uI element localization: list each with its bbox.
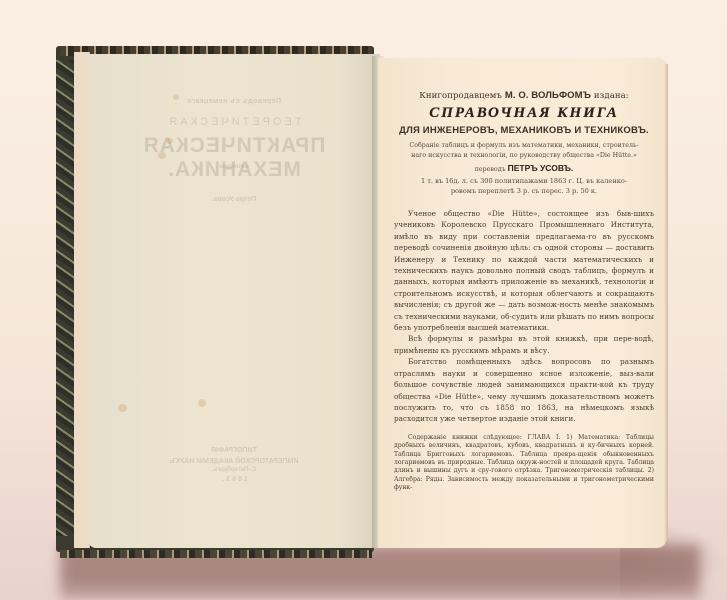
body-text: Ученое общество «Die Hütte», состоящее и… <box>394 208 654 425</box>
foxing-stain <box>198 399 206 407</box>
publisher-line: Книгопродавцемъ М. О. ВОЛЬФОМЪ издана: <box>394 90 654 101</box>
book-title: СПРАВОЧНАЯ КНИГА <box>394 105 654 122</box>
ghost-text: ТЕОРЕТИЧЕСКАЯ <box>88 116 380 128</box>
price-line: 1 т. въ 16д. л. съ 300 политипажами 1863… <box>394 176 654 186</box>
book-subtitle: ДЛЯ ИНЖЕНЕРОВЪ, МЕХАНИКОВЪ И ТЕХНИКОВЪ. <box>394 125 654 136</box>
body-paragraph: Ученое общество «Die Hütte», состоящее и… <box>394 208 654 333</box>
price-block: 1 т. въ 16д. л. съ 300 политипажами 1863… <box>394 176 654 196</box>
contents-block: Содержаніе книжки слѣдующее: ГЛАВА I. 1)… <box>394 434 654 493</box>
foxing-stain <box>118 404 127 412</box>
description-line: наго искусства и технологіи, по руководс… <box>394 151 654 161</box>
ghost-text: Петра Усова. <box>88 196 380 203</box>
ghost-text: С.-Петербургъ. <box>88 467 380 473</box>
ghost-text: ИМПЕРАТОРСКОЙ АКАДЕМІИ НАУКЪ <box>88 458 380 465</box>
marbled-cover-edge <box>56 60 74 536</box>
cover-bottom-edge <box>60 550 372 558</box>
contents-paragraph: Содержаніе книжки слѣдующее: ГЛАВА I. 1)… <box>394 434 654 493</box>
left-page: Переводъ съ немецкаго ТЕОРЕТИЧЕСКАЯ ПРАК… <box>88 54 380 548</box>
price-line: ровомъ переплетѣ 3 р. съ перес. 3 р. 50 … <box>394 186 654 196</box>
foxing-stain <box>158 152 166 159</box>
foxing-stain <box>173 94 179 100</box>
body-paragraph: Богатство помѣщенныхъ здѣсь вопросовъ по… <box>394 356 654 424</box>
ghost-text: сочиненіе <box>88 164 380 170</box>
foxing-stain <box>166 138 173 144</box>
ghost-text: Переводъ съ немецкаго <box>88 98 380 105</box>
description-line: Собраніе таблицъ и формулъ изъ математик… <box>394 141 654 151</box>
translator-line: переводъ ПЕТРЪ УСОВЪ. <box>394 163 654 173</box>
publisher-suffix: издана: <box>594 91 629 101</box>
translator-prefix: переводъ <box>475 166 506 173</box>
publisher-name: М. О. ВОЛЬФОМЪ <box>505 90 591 101</box>
publisher-prefix: Книгопродавцемъ <box>419 91 502 101</box>
ghost-text: 1863. <box>88 476 380 483</box>
ghost-text: ТИПОГРАФІЯ <box>88 447 380 454</box>
translator-name: ПЕТРЪ УСОВЪ. <box>508 163 574 173</box>
page-edge-shade <box>664 64 668 544</box>
right-page: Книгопродавцемъ М. О. ВОЛЬФОМЪ издана: С… <box>378 58 668 548</box>
ghost-text: ПРАКТИЧЕСКАЯ МЕХАНИКА. <box>88 134 380 182</box>
body-paragraph: Всѣ формулы и размѣры въ этой книжкѣ, пр… <box>394 333 654 356</box>
